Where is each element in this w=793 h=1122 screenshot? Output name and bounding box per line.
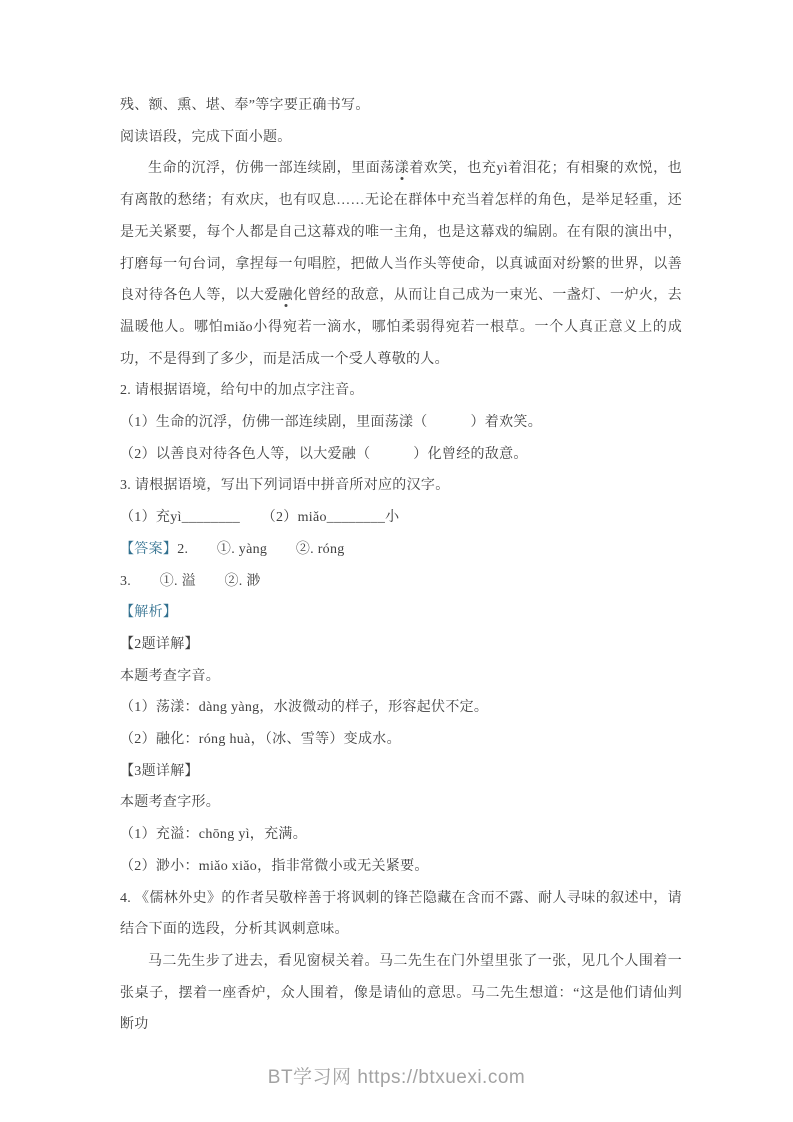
analysis-q2-intro: 本题考查字音。 xyxy=(120,661,682,693)
analysis-q2-item-2: （2）融化：róng huà，（冰、雪等）变成水。 xyxy=(120,724,682,756)
question-4-stem: 4. 《儒林外史》的作者吴敬梓善于将讽刺的锋芒隐藏在含而不露、耐人寻味的叙述中，… xyxy=(120,883,682,946)
question-3-stem: 3. 请根据语境，写出下列词语中拼音所对应的汉字。 xyxy=(120,470,682,502)
question-3-items: （1）充yì________ （2）miǎo________小 xyxy=(120,502,682,534)
document-body: 残、额、熏、堪、奉”等字要正确书写。 阅读语段，完成下面小题。 生命的沉浮，仿佛… xyxy=(120,90,682,1041)
emphasized-char: 融 xyxy=(279,288,293,303)
answer-q2-values: 2. ①. yàng ②. róng xyxy=(177,542,344,557)
site-watermark: BT学习网 https://btxuexi.com xyxy=(0,1062,793,1089)
question-2-stem: 2. 请根据语境，给句中的加点字注音。 xyxy=(120,375,682,407)
question-2-item-2: （2）以善良对待各色人等，以大爱融（ ）化曾经的敌意。 xyxy=(120,439,682,471)
question-4-excerpt: 马二先生步了进去，看见窗棂关着。马二先生在门外望里张了一张，见几个人围着一张桌子… xyxy=(120,946,682,1041)
reading-passage: 生命的沉浮，仿佛一部连续剧，里面荡漾着欢笑，也充yì着泪花；有相聚的欢悦，也有离… xyxy=(120,153,682,375)
passage-text: 生命的沉浮，仿佛一部连续剧，里面荡 xyxy=(148,161,395,176)
analysis-q3-item-2: （2）渺小：miǎo xiǎo，指非常微小或无关紧要。 xyxy=(120,851,682,883)
analysis-label: 【解析】 xyxy=(120,597,682,629)
answer-line-2: 3. ①. 溢 ②. 渺 xyxy=(120,566,682,598)
answer-label: 【答案】 xyxy=(120,542,177,557)
reading-prompt: 阅读语段，完成下面小题。 xyxy=(120,122,682,154)
passage-text: 着欢笑，也充yì着泪花；有相聚的欢悦，也有离散的愁绪；有欢庆，也有叹息……无论在… xyxy=(120,161,682,303)
exam-document-page: 残、额、熏、堪、奉”等字要正确书写。 阅读语段，完成下面小题。 生命的沉浮，仿佛… xyxy=(0,0,793,1122)
analysis-q2-item-1: （1）荡漾：dàng yàng，水波微动的样子，形容起伏不定。 xyxy=(120,692,682,724)
question-2-item-1: （1）生命的沉浮，仿佛一部连续剧，里面荡漾（ ）着欢笑。 xyxy=(120,407,682,439)
question-1-continuation: 残、额、熏、堪、奉”等字要正确书写。 xyxy=(120,90,682,122)
answer-line-1: 【答案】2. ①. yàng ②. róng xyxy=(120,534,682,566)
analysis-q2-header: 【2题详解】 xyxy=(120,629,682,661)
analysis-q3-intro: 本题考查字形。 xyxy=(120,787,682,819)
emphasized-char: 漾 xyxy=(395,161,410,176)
analysis-q3-header: 【3题详解】 xyxy=(120,756,682,788)
analysis-q3-item-1: （1）充溢：chōng yì，充满。 xyxy=(120,819,682,851)
